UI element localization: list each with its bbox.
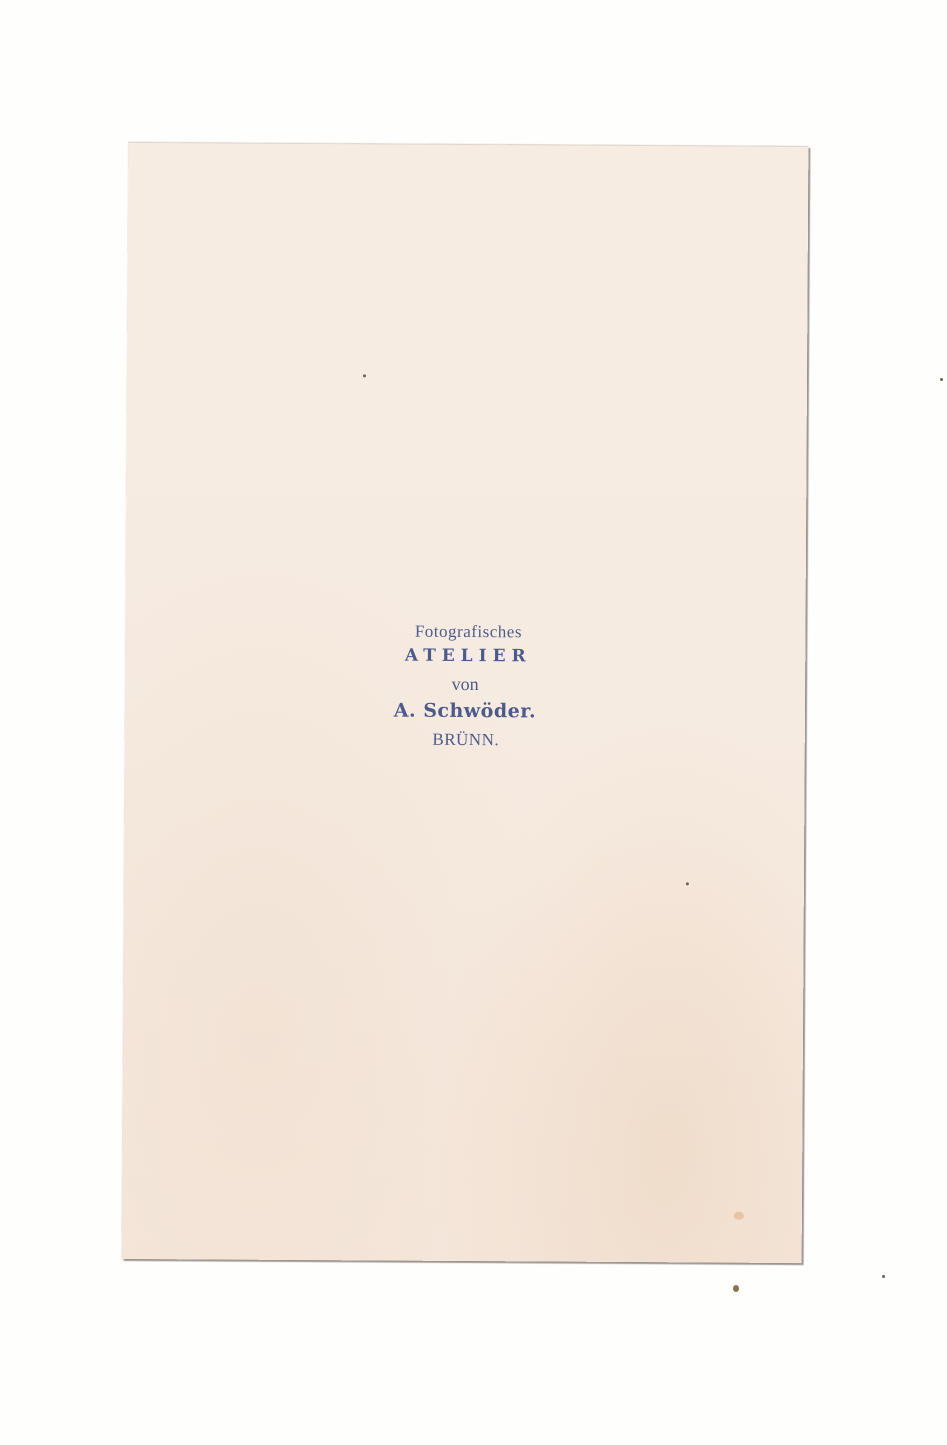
dust-speck bbox=[882, 1275, 885, 1278]
imprint-line-photographic: Fotografisches bbox=[131, 621, 805, 642]
studio-imprint: Fotografisches ATELIER von A. Schwöder. … bbox=[125, 621, 806, 750]
scan-background: Fotografisches ATELIER von A. Schwöder. … bbox=[0, 0, 947, 1445]
imprint-line-atelier: ATELIER bbox=[131, 646, 805, 667]
stain-spot bbox=[734, 1212, 744, 1220]
imprint-line-city: BRÜNN. bbox=[127, 729, 805, 750]
dust-speck bbox=[686, 882, 689, 885]
dust-speck bbox=[733, 1285, 739, 1292]
imprint-line-von: von bbox=[125, 673, 805, 695]
dust-speck bbox=[940, 378, 943, 381]
dust-speck bbox=[363, 374, 366, 377]
imprint-line-photographer-name: A. Schwöder. bbox=[125, 700, 805, 723]
photograph-card-back: Fotografisches ATELIER von A. Schwöder. … bbox=[122, 142, 809, 1263]
